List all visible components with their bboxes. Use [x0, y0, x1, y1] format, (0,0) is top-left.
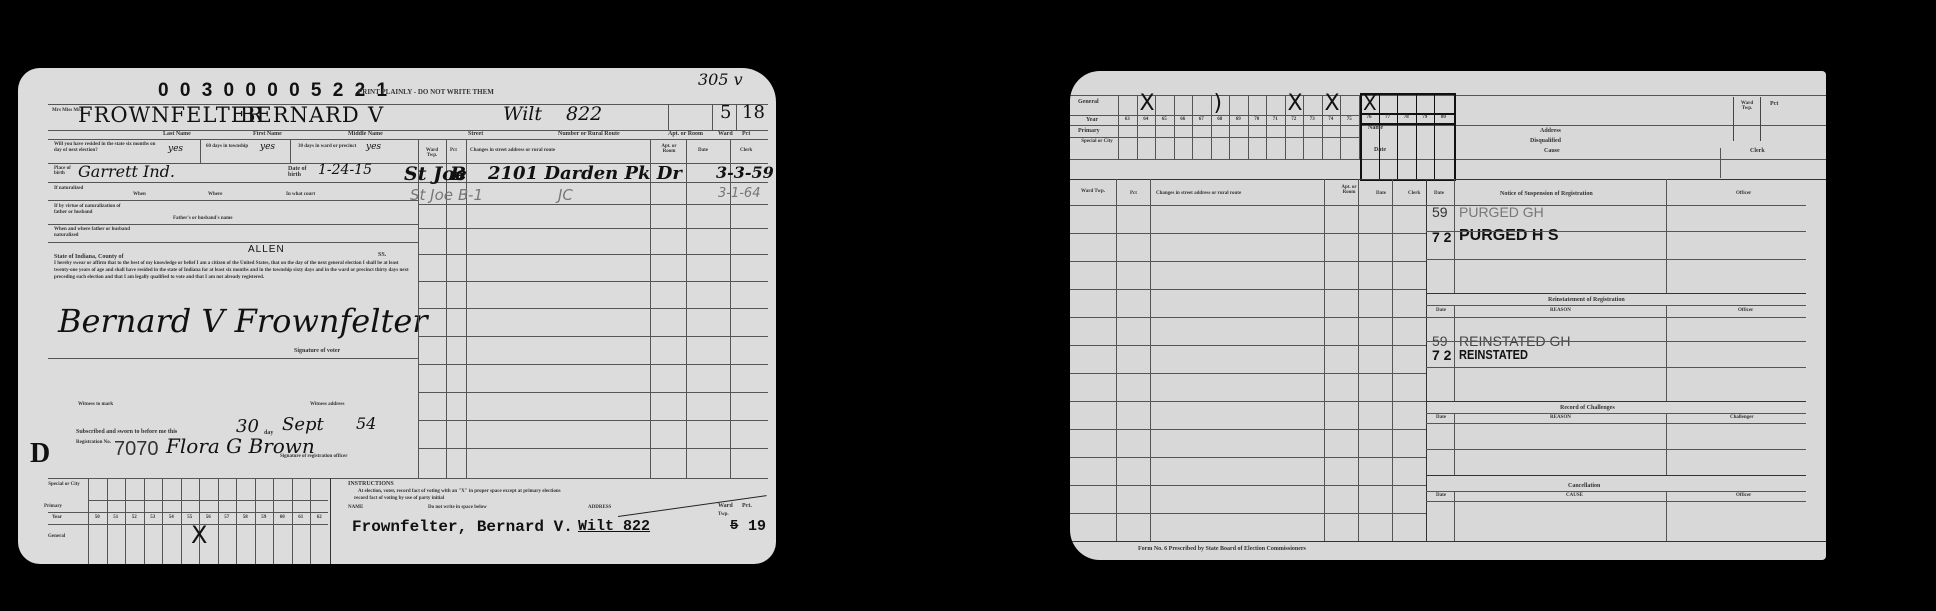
street-number: 822 — [566, 103, 602, 125]
salutation-labels: Mrs Miss Mr. — [52, 108, 66, 114]
table-row — [1070, 429, 1426, 430]
table-row — [1070, 401, 1426, 402]
label-twp-bottom: Twp. — [718, 512, 729, 517]
table-row — [1070, 289, 1426, 290]
q-ward: 30 days in ward or precinct — [298, 144, 358, 149]
col-ward: Ward Twp. — [422, 148, 442, 158]
label-pct-bottom: Pct. — [742, 503, 752, 509]
label-disqualified: Disqualified — [1530, 138, 1561, 144]
label-when: When — [133, 192, 146, 197]
challenges-date-label: Date — [1436, 415, 1446, 420]
label-registration-no: Registration No. — [76, 440, 111, 445]
reinstatement-officer-label: Officer — [1738, 308, 1753, 313]
suspension-date-label: Date — [1434, 191, 1444, 196]
label-by-virtue: If by virtue of naturalization of father… — [54, 204, 128, 216]
label-ss: SS. — [378, 252, 386, 258]
label-ward-bottom: Ward — [718, 503, 733, 509]
label-pct: Pct — [742, 131, 750, 137]
vote-mark-x: X — [1140, 93, 1155, 115]
label-father-name: Father's or husband's name — [173, 216, 233, 221]
year-cell: 59 — [256, 515, 273, 520]
label-where: Where — [208, 192, 222, 197]
year-cell: 70 — [1249, 117, 1266, 122]
vote-mark-x: ) — [1214, 93, 1223, 115]
vote-mark-x: X — [1325, 93, 1340, 115]
year-cell: 51 — [108, 515, 125, 520]
subscribed-month: Sept — [282, 414, 324, 435]
table-row — [1070, 457, 1426, 458]
year-cell: 50 — [89, 515, 106, 520]
label-subscribed: Subscribed and sworn to before me this — [76, 429, 177, 435]
col-changes: Changes in street address or rural route — [470, 148, 555, 153]
year-cell: 60 — [274, 515, 291, 520]
label-place-of-birth: Place of birth — [54, 166, 76, 176]
q-state-residency: Will you have resided in the state six m… — [54, 142, 164, 154]
grid-label-year: Year — [1086, 117, 1098, 123]
form-footer: Form No. 6 Prescribed by State Board of … — [1138, 546, 1306, 552]
challenges-challenger-label: Challenger — [1730, 415, 1754, 420]
label-apt: Apt. or Room — [668, 131, 703, 137]
year-cell: 58 — [237, 515, 254, 520]
year-cell: 62 — [311, 515, 328, 520]
cancellation-date-label: Date — [1436, 493, 1446, 498]
corner-note: 305 v — [698, 70, 743, 89]
suspension-officer-label: Officer — [1736, 191, 1751, 196]
table-row — [1070, 513, 1426, 514]
row1-pct: B — [450, 163, 466, 185]
label-address: ADDRESS — [588, 505, 611, 510]
typed-ward: 5 — [730, 518, 738, 534]
label-number: Number or Rural Route — [558, 131, 620, 137]
label-signature: Signature of voter — [294, 348, 340, 354]
last-name: FROWNFELTER — [78, 103, 264, 127]
box-year-cell: 80 — [1435, 115, 1451, 120]
typed-pct: 19 — [748, 518, 766, 535]
street-name: Wilt — [503, 103, 542, 125]
col-date: Date — [1376, 191, 1386, 196]
year-cell: 65 — [1156, 117, 1173, 122]
year-cell: 73 — [1304, 117, 1321, 122]
year-cell: 52 — [126, 515, 143, 520]
first-name: BERNARD — [240, 103, 360, 127]
year-cell: 57 — [219, 515, 236, 520]
label-clerk: Clerk — [1750, 148, 1765, 154]
reinstatement-date-label: Date — [1436, 308, 1446, 313]
label-name: NAME — [348, 505, 363, 510]
year-cell: 53 — [145, 515, 162, 520]
year-cell: 68 — [1212, 117, 1229, 122]
middle-initial: V — [368, 103, 383, 127]
suspension-text-1: PURGED GH — [1459, 204, 1544, 220]
col-changes: Changes in street address or rural route — [1156, 191, 1241, 196]
vote-mark-x: X — [191, 523, 207, 547]
label-do-not-write: Do not write in space below — [428, 505, 487, 510]
table-row — [1070, 233, 1426, 234]
year-cell: 71 — [1267, 117, 1284, 122]
col-ward: Ward Twp. — [1080, 189, 1106, 194]
box-year-cell: 76 — [1361, 115, 1377, 120]
vote-mark-x: X — [1288, 93, 1303, 115]
label-ward-twp: Ward Twp. — [1736, 101, 1758, 111]
col-apt: Apt. or Room — [656, 144, 682, 154]
box-year-cell: 79 — [1417, 115, 1433, 120]
registration-card-back: General Year Primary Special or City 636… — [1070, 71, 1826, 560]
label-middle-name: Middle Name — [348, 131, 383, 137]
reinstatement-title: Reinstatement of Registration — [1548, 297, 1625, 303]
year-cell: 69 — [1230, 117, 1247, 122]
row2-date: 3-1-64 — [718, 186, 760, 201]
grid-label-primary: Primary — [44, 504, 62, 509]
box-year-cell: 77 — [1380, 115, 1396, 120]
grid-label-special: Special or City — [1080, 139, 1114, 144]
instructions-line2: record fact of voting by use of party in… — [354, 496, 444, 501]
year-cell: 74 — [1323, 117, 1340, 122]
year-cell: 66 — [1175, 117, 1192, 122]
table-row — [1070, 373, 1426, 374]
a-state-residency: yes — [168, 144, 183, 154]
suspension-title: Notice of Suspension of Registration — [1500, 191, 1593, 197]
instructions-line1: At election, voter, record fact of votin… — [358, 489, 561, 494]
col-pct: Pct — [1130, 191, 1137, 196]
table-row — [1070, 261, 1426, 262]
year-cell: 61 — [293, 515, 310, 520]
label-naturalized: If naturalized — [54, 186, 94, 191]
box-label-date: Date — [1374, 147, 1386, 153]
instructions-title: INSTRUCTIONS — [348, 481, 394, 487]
label-street: Street — [468, 131, 483, 137]
col-pct: Pct — [450, 148, 457, 153]
challenges-title: Record of Challenges — [1560, 405, 1615, 411]
table-row — [1070, 317, 1426, 318]
label-witness: Witness to mark — [78, 402, 113, 407]
label-cause: Cause — [1544, 148, 1560, 154]
col-clerk: Clerk — [740, 148, 752, 153]
year-cell: 67 — [1193, 117, 1210, 122]
year-cell: 75 — [1341, 117, 1358, 122]
row2-pct: B-1 — [458, 186, 483, 204]
challenges-reason-label: REASON — [1550, 415, 1571, 420]
registration-card-front: 0 0 3 0 0 0 0 5 2 2 1 PRINT PLAINLY - DO… — [18, 68, 776, 564]
label-witness-address: Witness address — [310, 402, 344, 407]
subscribed-year: 54 — [356, 414, 376, 433]
grid-label-primary: Primary — [1078, 128, 1100, 134]
year-cell: 55 — [182, 515, 199, 520]
year-cell: 54 — [163, 515, 180, 520]
row2-address: JC — [558, 186, 573, 204]
county-name: ALLEN — [248, 244, 285, 255]
typed-address: Wilt 822 — [578, 518, 650, 535]
ward-value: 5 — [720, 102, 731, 123]
label-when-where: When and where father or husband natural… — [54, 227, 144, 239]
table-row — [1070, 345, 1426, 346]
col-date: Date — [698, 148, 708, 153]
cancellation-title: Cancellation — [1568, 483, 1600, 489]
grid-label-special: Special or City — [44, 482, 84, 487]
voter-signature: Bernard V Frownfelter — [58, 302, 428, 340]
grid-label-year: Year — [52, 515, 62, 520]
a-township: yes — [260, 142, 275, 152]
table-row — [1070, 485, 1426, 486]
reinstatement-text-2: REINSTATED — [1459, 347, 1528, 362]
suspension-text-2: PURGED H S — [1459, 227, 1559, 245]
year-cell: 56 — [200, 515, 217, 520]
q-township: 60 days in township — [206, 144, 256, 149]
label-address: Address — [1540, 128, 1561, 134]
label-last-name: Last Name — [163, 131, 191, 137]
card-letter: D — [30, 438, 50, 470]
cancellation-cause-label: CAUSE — [1566, 493, 1583, 498]
vote-mark-x: X — [1363, 93, 1377, 113]
label-date-of-birth: Date of birth — [288, 166, 312, 178]
oath-text: I hereby swear or affirm that to the bes… — [54, 260, 414, 281]
label-pct: Pct — [1770, 101, 1778, 107]
print-notice: PRINT PLAINLY - DO NOT WRITE THEM — [358, 88, 494, 96]
label-officer-signature: Signature of registration officer — [280, 454, 347, 459]
reinstatement-date-2: 7 2 — [1432, 347, 1451, 363]
place-of-birth: Garrett Ind. — [78, 162, 175, 181]
label-ward: Ward — [718, 131, 733, 137]
grid-label-general: General — [48, 534, 65, 539]
row2-ward: St Joe — [410, 186, 453, 204]
year-cell: 64 — [1138, 117, 1155, 122]
col-clerk: Clerk — [1408, 191, 1420, 196]
year-cell: 63 — [1119, 117, 1136, 122]
row1-address: 2101 Darden Pk Dr — [488, 163, 682, 184]
reinstatement-reason-label: REASON — [1550, 308, 1571, 313]
date-of-birth: 1-24-15 — [318, 162, 372, 178]
label-first-name: First Name — [253, 131, 282, 137]
pct-value: 18 — [742, 102, 765, 123]
table-row — [1070, 205, 1426, 206]
a-ward: yes — [366, 142, 381, 152]
suspension-date-1: 59 — [1432, 204, 1448, 220]
label-court: In what court — [286, 192, 315, 197]
cancellation-officer-label: Officer — [1736, 493, 1751, 498]
registration-number: 7070 — [114, 438, 159, 461]
typed-name: Frownfelter, Bernard V. — [352, 518, 573, 536]
year-cell: 72 — [1286, 117, 1303, 122]
box-label-name: Name — [1368, 125, 1383, 131]
row1-date: 3-3-59 — [716, 163, 774, 182]
serial-number: 0 0 3 0 0 0 0 5 2 2 1 — [158, 80, 390, 102]
grid-label-general: General — [1078, 99, 1099, 105]
box-year-cell: 78 — [1398, 115, 1414, 120]
